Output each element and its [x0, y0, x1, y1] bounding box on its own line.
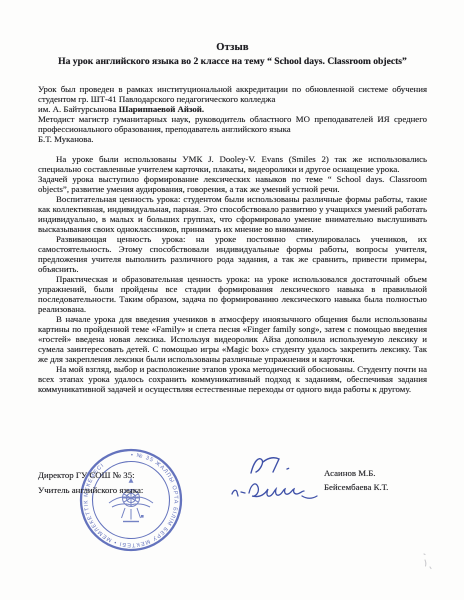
intro-line-4: Б.Т. Муканова. [38, 134, 427, 144]
document-title: Отзыв [38, 42, 427, 53]
scanned-review-document: Отзыв На урок английского языка во 2 кла… [0, 0, 464, 600]
scan-artifact [419, 551, 435, 571]
director-label: Директор ГУ СОШ № 35: [38, 468, 143, 483]
student-name: Шариппаевой Айзой. [119, 104, 204, 114]
paragraph-goal: Задачей урока выступило формирование лек… [38, 174, 427, 194]
intro-line-2-prefix: им. А. Байтурсынова [38, 104, 119, 114]
paragraph-practical-value: Практическая и образовательная ценность … [38, 274, 427, 314]
director-name: Асаинов М.Б. [324, 466, 388, 480]
intro-line-3: Методист магистр гуманитарных наук, руко… [38, 114, 427, 134]
teacher-label: Учитель английского языка: [38, 483, 143, 498]
intro-line-1: Урок был проведен в рамках институционал… [38, 84, 427, 104]
document-subtitle: На урок английского языка во 2 классе на… [38, 56, 427, 67]
teacher-name: Бейсембаева К.Т. [324, 480, 388, 494]
official-stamp: • № 35 ЖАЛПЫ ОРТА БІЛІМ БЕРУ МЕКТЕБІ • М… [79, 448, 183, 552]
paragraph-spacer [38, 144, 427, 154]
footer-titles: Директор ГУ СОШ № 35: Учитель английског… [38, 468, 143, 497]
teacher-signature-icon [228, 476, 324, 502]
paragraph-materials: На уроке были использованы УМК J. Dooley… [38, 154, 427, 174]
footer-signatories: Асаинов М.Б. Бейсембаева К.Т. [324, 466, 388, 494]
intro-line-2: им. А. Байтурсынова Шариппаевой Айзой. [38, 104, 427, 114]
paragraph-lesson-start: В начале урока для введения учеников в а… [38, 314, 427, 364]
document-body: Отзыв На урок английского языка во 2 кла… [38, 42, 427, 394]
paragraph-developing-value: Развивающая ценность урока: на уроке пос… [38, 234, 427, 274]
document-text: Урок был проведен в рамках институционал… [38, 84, 427, 394]
paragraph-educational-value: Воспитательная ценность урока: студентом… [38, 194, 427, 234]
paragraph-conclusion: На мой взгляд, выбор и расположение этап… [38, 364, 427, 394]
